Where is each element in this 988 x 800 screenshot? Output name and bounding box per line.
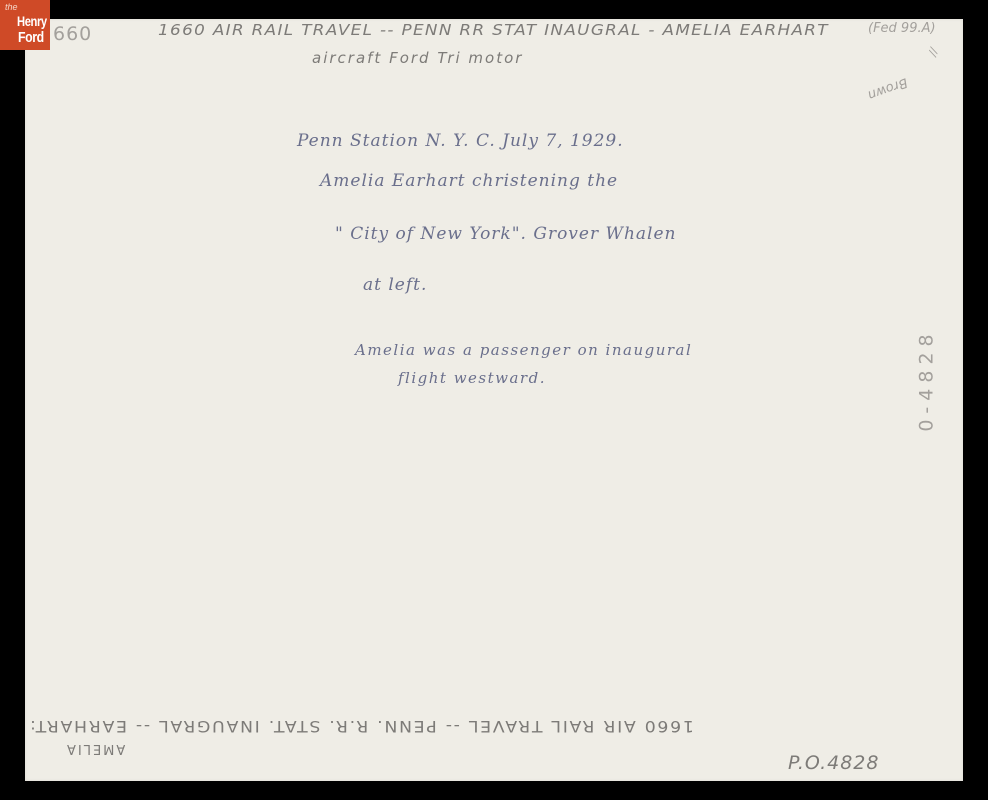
- caption-line-6: flight westward.: [398, 369, 546, 387]
- bottom-note-upside-down: 1660 AIR RAIL TRAVEL -- PENN. R.R. STAT.…: [28, 717, 694, 736]
- caption-line-3: " City of New York". Grover Whalen: [335, 224, 677, 244]
- caption-line-4: at left.: [363, 275, 427, 295]
- corner-reference: (Fed 99.A): [868, 21, 936, 36]
- bottom-note-upside-down-2: AMELIA: [65, 741, 125, 756]
- corner-vertical-mark: ∕∕: [926, 46, 941, 57]
- side-number: 0-4828: [916, 328, 938, 431]
- logo-text-the: the: [5, 3, 18, 12]
- top-subheading: aircraft Ford Tri motor: [312, 49, 523, 67]
- henry-ford-logo: the Henry Ford: [0, 0, 50, 50]
- photo-back-paper: 660 1660 AIR RAIL TRAVEL -- PENN RR STAT…: [25, 19, 963, 781]
- top-heading: 1660 AIR RAIL TRAVEL -- PENN RR STAT INA…: [158, 21, 829, 39]
- accession-number: P.O.4828: [788, 752, 879, 774]
- caption-line-2: Amelia Earhart christening the: [320, 171, 618, 191]
- logo-text-ford: Ford: [18, 30, 44, 45]
- catalog-number: 660: [53, 23, 92, 45]
- logo-text-henry: Henry: [17, 14, 47, 28]
- caption-line-5: Amelia was a passenger on inaugural: [355, 341, 692, 359]
- caption-line-1: Penn Station N. Y. C. July 7, 1929.: [297, 131, 624, 151]
- corner-scribble: Brown: [866, 74, 910, 102]
